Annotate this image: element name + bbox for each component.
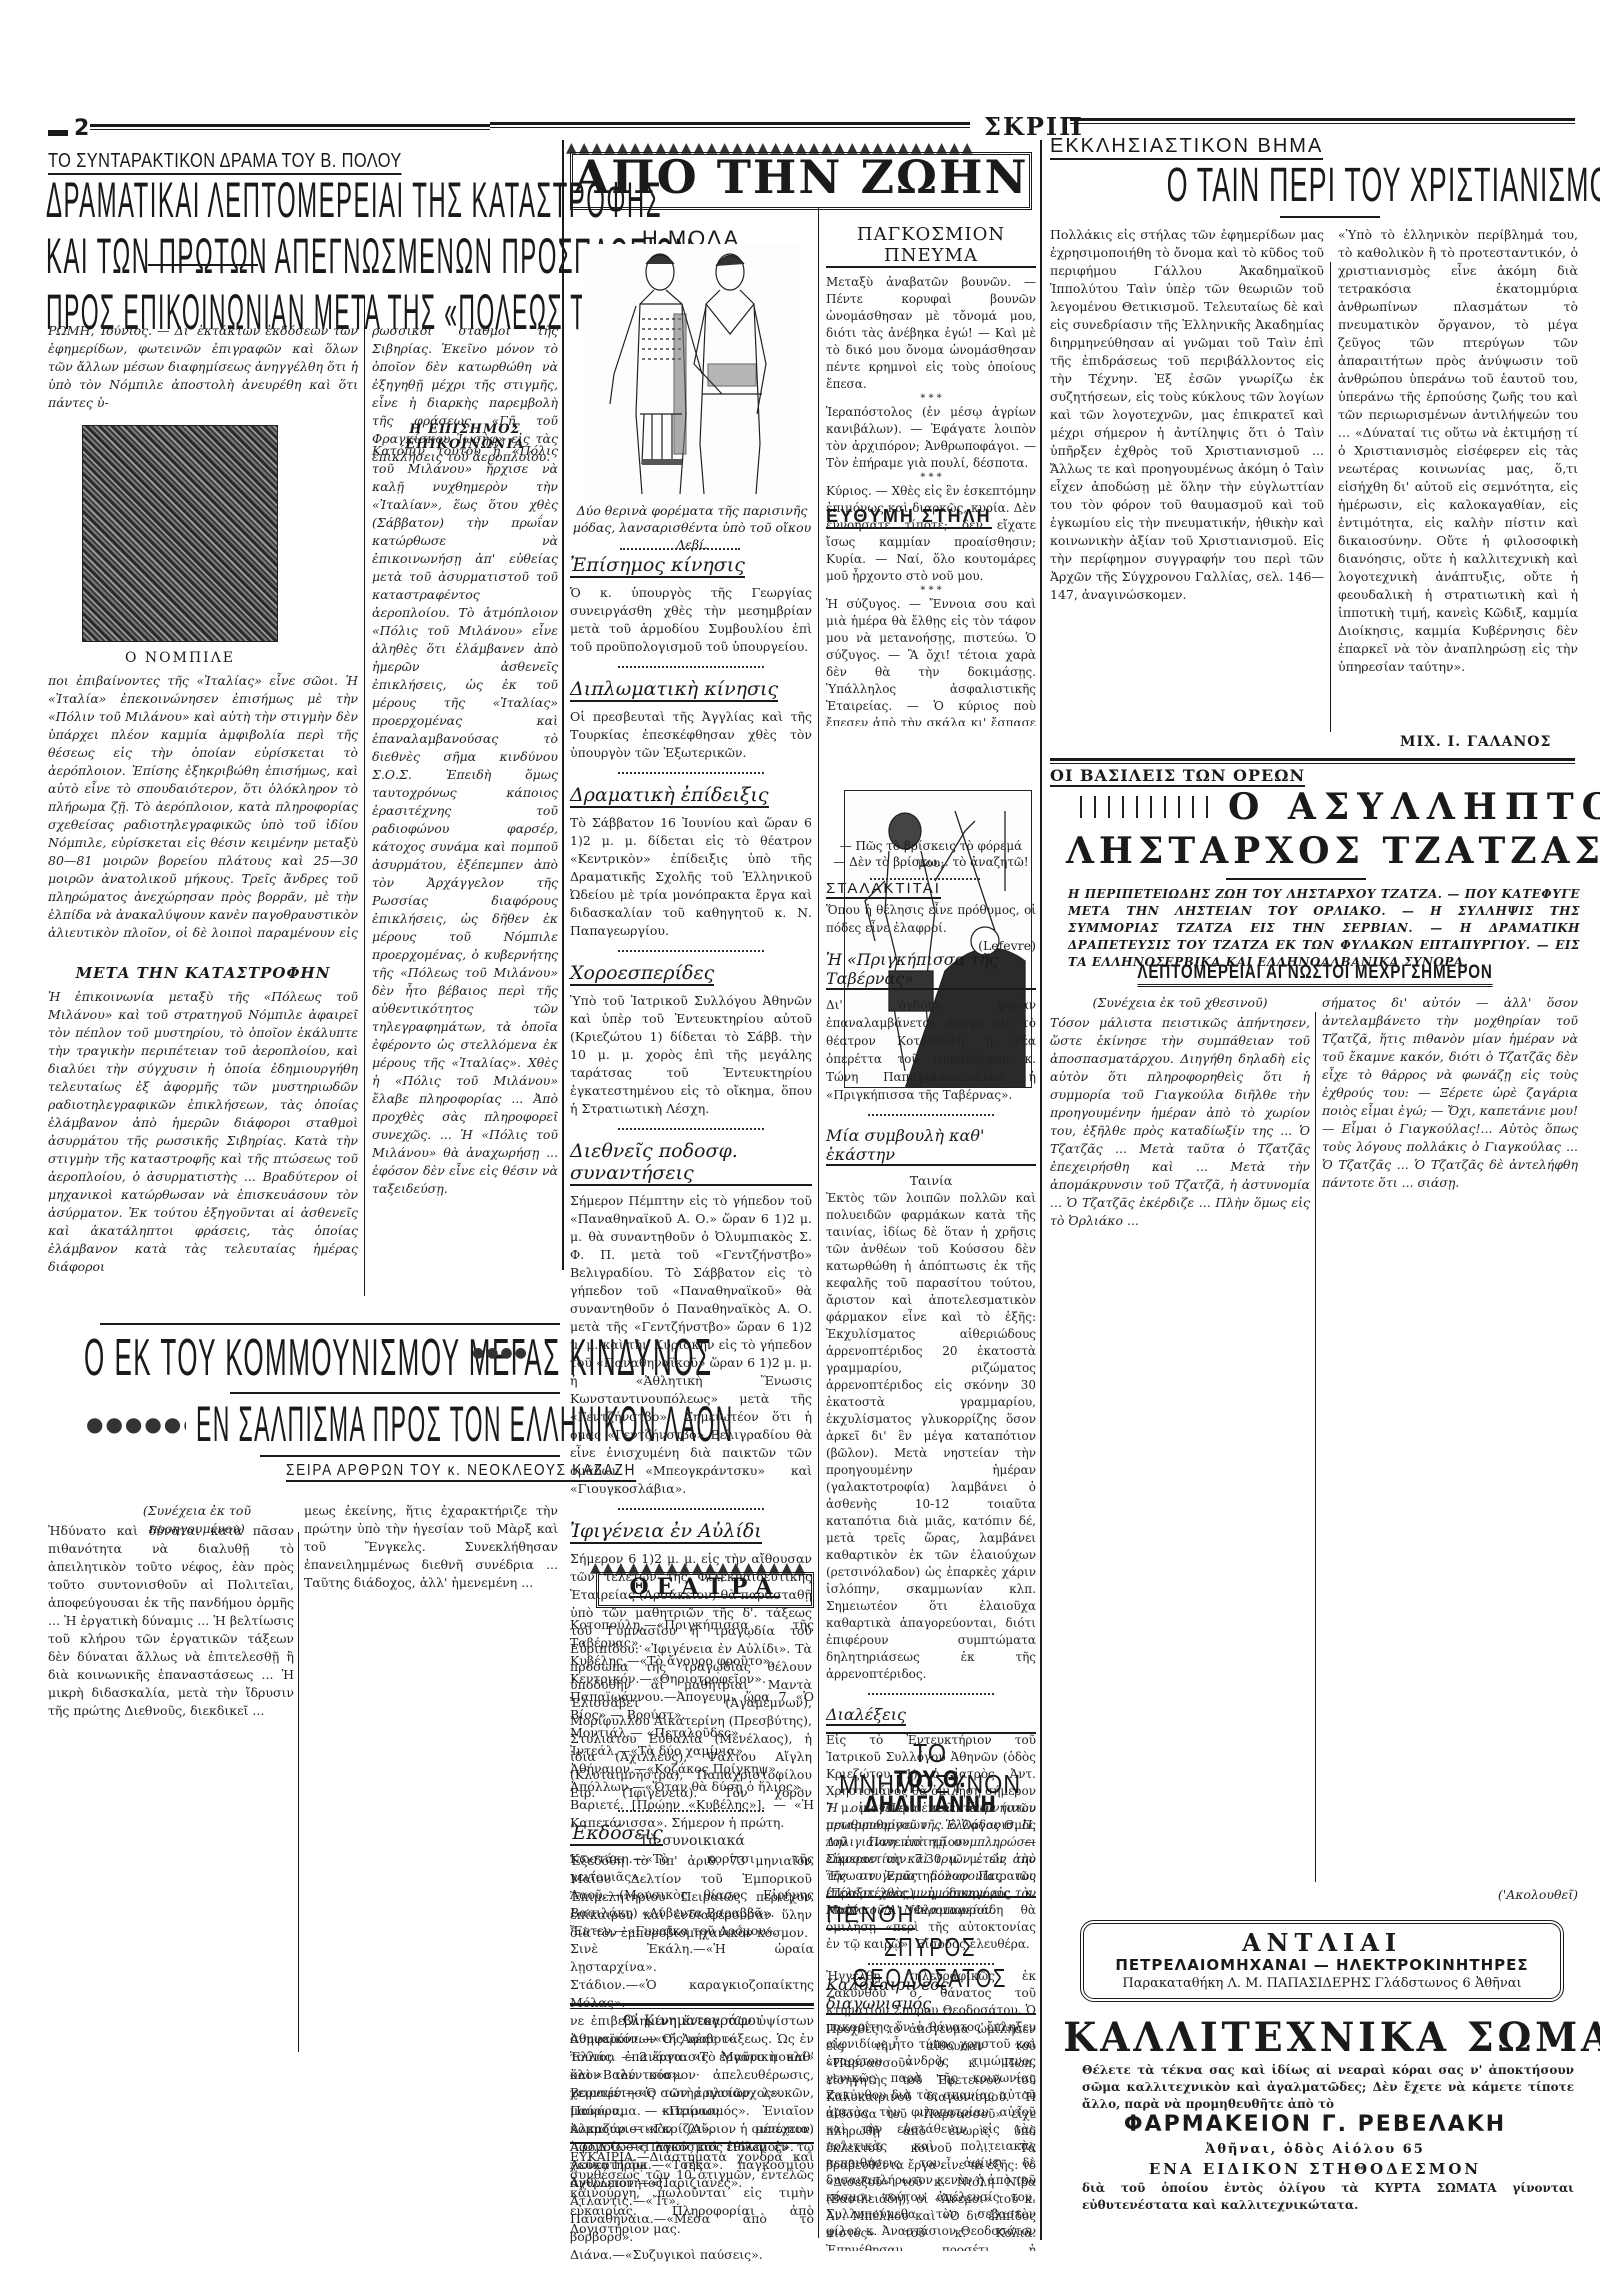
listing-item: Ἀθήναιον.—«Κοζάκος Πρίγκηψ».	[570, 1760, 814, 1778]
listing-item: Κυβέλης.—«Τὸ ἄγουρο φροῦτο».	[570, 1652, 814, 1670]
nobile-text-b: Ἡ ἐπικοινωνία μεταξὺ τῆς «Πόλεως τοῦ Μιλ…	[48, 988, 358, 1300]
news-item: Χοροεσπερίδες Ὑπὸ τοῦ Ἰατρικοῦ Συλλόγου …	[570, 956, 812, 1118]
page-number: 2	[74, 116, 89, 141]
news-item: Ἐπίσημος κίνησις Ὁ κ. ὑπουργὸς τῆς Γεωργ…	[570, 548, 812, 656]
pump-ad-line1: ΠΕΤΡΕΛΑΙΟΜΗΧΑΝΑΙ — ΗΛΕΚΤΡΟΚΙΝΗΤΗΡΕΣ	[1080, 1956, 1564, 1974]
humor-heading-wrap: ΕΥΘΥΜΗ ΣΤΗΛΗ	[826, 500, 992, 535]
masthead-rule-right	[1070, 118, 1575, 124]
memorial-top-rule	[826, 1732, 1036, 1734]
nobile-photo	[82, 425, 278, 642]
pharmacy-ad-address: Ἀθῆναι, ὁδὸς Αἰόλου 65	[1050, 2142, 1580, 2157]
stalaktitai-heading: ΣΤΑΛΑΚΤΙΤΑΙ	[826, 880, 941, 899]
asterism: * * *	[826, 585, 1036, 596]
divider-wavy	[618, 660, 763, 668]
listing-item: Λαοῦ.—(Μουσικὸς θίασος Εἰρήνης Βασιλάκη)…	[570, 1886, 814, 1922]
theatres-bottom-rule	[570, 2003, 814, 2009]
headline-underline	[148, 264, 258, 266]
divider-wavy	[618, 766, 763, 774]
divider-comm-cols	[298, 1532, 299, 2052]
news-item-text: Ἐκτὸς τῶν λοιπῶν πολλῶν καὶ πολυειδῶν φα…	[826, 1190, 1036, 1683]
tzatzas-ornament	[1080, 796, 1220, 818]
church-bottom-rule	[1050, 758, 1575, 764]
tzatzas-kicker-wrap: ΟΙ ΒΑΣΙΛΕΙΣ ΤΩΝ ΟΡΕΩΝ	[1050, 766, 1305, 787]
church-kicker-wrap: ΕΚΚΛΗΣΙΑΣΤΙΚΟΝ ΒΗΜΑ	[1050, 135, 1323, 160]
tzatzas-continued: (Συνέχεια ἐκ τοῦ χθεσινοῦ)	[1050, 994, 1310, 1012]
listing-item: Σινὲ Ἐκάλη.—«Ἡ ὡραία λῃσταρχίνα».	[570, 1940, 814, 1976]
church-headline: Ο ΤΑΙΝ ΠΕΡΙ ΤΟΥ ΧΡΙΣΤΙΑΝΙΣΜΟΥ	[1050, 158, 1580, 214]
listing-item: Βαριετέ. [Πρώην «Κυβέλης»]. — «Ἡ Καπετάν…	[570, 1796, 814, 1832]
divider-mid	[818, 208, 819, 2238]
church-text-a: Πολλάκις εἰς στήλας τῶν ἐφημερίδων μας ἐ…	[1050, 226, 1324, 756]
pagkosmion-column: ΠΑΓΚΟΣΜΙΟΝ ΠΝΕΥΜΑ Μεταξὺ ἀναβατῶν βουνῶν…	[826, 218, 1036, 726]
news-item-title: Ἰφιγένεια ἐν Αὐλίδι	[570, 1520, 762, 1544]
news-item: Διεθνεῖς ποδοσφ. συναντήσεις Σήμερον Πέμ…	[570, 1134, 812, 1498]
tzatzas-kicker: ΟΙ ΒΑΣΙΛΕΙΣ ΤΩΝ ΟΡΕΩΝ	[1050, 766, 1305, 787]
divider-tzatzas-cols	[1315, 1012, 1316, 1882]
listing-item: Ἰντεάλ.—«Τὰ δύο χαμίνια».	[570, 1742, 814, 1760]
two-dresses-drawing-icon	[582, 244, 802, 502]
listing-item: Μοντιάλ.— «Πεταλοῦδες».	[570, 1724, 814, 1742]
tzatzas-text-a: Τόσον μάλιστα πειστικῶς ἀπήντησεν, ὥστε …	[1050, 1014, 1310, 1890]
news-item: Διπλωματικὴ κίνησις Οἱ πρεσβευταὶ τῆς Ἀγ…	[570, 672, 812, 762]
humor-caption-2: — Δὲν τὸ βρίσκω... τὸ ἀναζητῶ!	[826, 854, 1036, 871]
joke-2: Ἱεραπόστολος (ἐν μέσῳ ἀγρίων κανιβάλων).…	[826, 404, 1036, 472]
tzatzas-subheadline-wrap: ΛΕΠΤΟΜΕΡΕΙΑΙ ΑΓΝΩΣΤΟΙ ΜΕΧΡΙ ΣΗΜΕΡΟΝ	[1050, 962, 1580, 987]
nobile-headline-line2: ΚΑΙ ΤΩΝ ΠΡΩΤΩΝ ΑΠΕΓΝΩΣΜΕΝΩΝ ΠΡΟΣΠΑΘΕΙΩΝ	[46, 228, 296, 284]
stalaktitai-quote: Ὅπου ἡ θέλησις εἶνε πρόθυμος, οἱ πόδες ε…	[826, 901, 1036, 937]
news-item-text: Δι' ὀγδόην φορὰν ἐπαναλαμβάνεται ἀπόψε ε…	[826, 996, 1036, 1104]
news-item-title: Δραματικὴ ἐπίδειξις	[570, 784, 769, 808]
banner-title: ΑΠΟ ΤΗΝ ΖΩΗΝ	[570, 150, 1032, 204]
communism-headline2-rule	[260, 1455, 560, 1457]
church-signature: ΜΙΧ. Ι. ΓΑΛΑΝΟΣ	[1400, 734, 1551, 750]
news-item-title: Ἡ «Πριγκήπισσα τῆς Ταβέρνας»	[826, 950, 1036, 990]
communism-mid-rule	[230, 1392, 560, 1394]
divider-wavy	[618, 1502, 763, 1510]
classified-ad: ΕΥΚΑΙΡΙΑ.—Διαστήματα χονδρὰ καὶ συνθέσεω…	[570, 2148, 814, 2238]
news-item-text: Ὑπὸ τοῦ Ἰατρικοῦ Συλλόγου Ἀθηνῶν καὶ ὑπὲ…	[570, 992, 812, 1118]
asterism: * * *	[826, 393, 1036, 404]
pagkosmion-heading: ΠΑΓΚΟΣΜΙΟΝ ΠΝΕΥΜΑ	[826, 224, 1036, 268]
fashion-illustration	[582, 244, 802, 502]
listing-item: Ἔντεν.—«Γυναῖκα τοῦ Δρόμου».	[570, 1922, 814, 1940]
nobile-photo-caption: Ο ΝΟΜΠΙΛΕ	[82, 650, 278, 666]
news-item-text: Τὸ Σάββατον 16 Ἰουνίου καὶ ὥραν 6 1)2 μ.…	[570, 814, 812, 940]
tzatzas-subheadline: ΛΕΠΤΟΜΕΡΕΙΑΙ ΑΓΝΩΣΤΟΙ ΜΕΧΡΙ ΣΗΜΕΡΟΝ	[1137, 962, 1492, 987]
page-number-bar-left	[48, 130, 68, 136]
penthi-text: Ἠγγέλθη τηλεγραφικῶς ἐκ Ζακύνθου ὁ θάνατ…	[826, 1968, 1036, 2238]
ornament-coins-right: ●●●●	[472, 1345, 560, 1361]
tzatzas-deck: Η ΠΕΡΙΠΕΤΕΙΩΔΗΣ ΖΩΗ ΤΟΥ ΛΗΣΤΑΡΧΟΥ ΤΖΑΤΖΑ…	[1068, 886, 1580, 971]
nobile-col2-text-b: Κατόπιν τούτου ἡ «Πόλις τοῦ Μιλάνου» ἤρχ…	[372, 442, 558, 1302]
tzatzas-headline-1: Ο ΑΣΥΛΛΗΠΤΟΣ	[1228, 786, 1600, 828]
listing-subheading: Τὰ συνοικιακά	[570, 1832, 814, 1850]
classified-rule	[570, 2142, 814, 2144]
pump-ad-title: ΑΝΤΛΙΑΙ	[1080, 1928, 1564, 1957]
pump-ad-line2: Παρακαταθήκη Λ. Μ. ΠΑΠΑΣΙΔΕΡΗΣ Γλάδστωνο…	[1080, 1976, 1564, 1991]
news-item-title: Μία συμβουλὴ καθ' ἑκάστην	[826, 1126, 1036, 1166]
divider-right-section	[1040, 140, 1042, 2240]
communism-text-a: Ἠδύνατο καὶ δύναται κατὰ πᾶσαν πιθανότητ…	[48, 1522, 294, 2234]
pharmacy-ad-tail: διὰ τοῦ ὁποίου ἐντὸς ὀλίγου τὰ ΚΥΡΤΑ ΣΩΜ…	[1082, 2180, 1574, 2214]
theatres-banner: ΘΕΑΤΡΑ	[596, 1574, 814, 1600]
communism-top-rule	[100, 1323, 560, 1325]
news-item-subtitle: Ταινία	[826, 1172, 1036, 1190]
church-headline-rule	[1280, 216, 1380, 218]
joke-1: Μεταξὺ ἀναβατῶν βουνῶν. — Πέντε κορυφαὶ …	[826, 274, 1036, 393]
news-item: Δραματικὴ ἐπίδειξις Τὸ Σάββατον 16 Ἰουνί…	[570, 778, 812, 940]
humor-heading: ΕΥΘΥΜΗ ΣΤΗΛΗ	[826, 506, 992, 529]
news-item: Ἡ «Πριγκήπισσα τῆς Ταβέρνας» Δι' ὀγδόην …	[826, 944, 1036, 1104]
tzatzas-headline-2: ΛΗΣΤΑΡΧΟΣ ΤΖΑΤΖΑΣ	[1066, 830, 1600, 872]
divider-wavy	[868, 1108, 994, 1116]
listing-item: Παπαϊωάννου.—Ἀπογευμ. ὥρα 7 «Ὁ Βίος» — Β…	[570, 1688, 814, 1724]
divider-wavy	[868, 1687, 994, 1695]
nobile-headline: ΔΡΑΜΑΤΙΚΑΙ ΛΕΠΤΟΜΕΡΕΙΑΙ ΤΗΣ ΚΑΤΑΣΤΡΟΦΗΣ …	[46, 172, 566, 340]
tzatzas-headline-rule	[1226, 878, 1366, 880]
penthi-top-rule	[826, 1896, 1036, 1898]
news-item-title: Διεθνεῖς ποδοσφ. συναντήσεις	[570, 1140, 812, 1186]
pharmacy-ad-product: ΕΝΑ ΕΙΔΙΚΟΝ ΣΤΗΘΟΔΕΣΜΟΝ	[1050, 2160, 1580, 2178]
pharmacy-ad-title: ΚΑΛΛΙΤΕΧΝΙΚΑ ΣΩΜΑΤΑ	[1063, 2014, 1567, 2061]
listing-item: Διάνα.—«Συζυγικοὶ παύσεις».	[570, 2246, 814, 2264]
penthi-heading: ΠΕΝΘΗ	[826, 1902, 915, 1930]
news-item: Μία συμβουλὴ καθ' ἑκάστην Ταινία Ἐκτὸς τ…	[826, 1120, 1036, 1683]
pharmacy-ad-body: Θέλετε τὰ τέκνα σας καὶ ἰδίως αἱ νεαραὶ …	[1082, 2062, 1574, 2113]
joke-4: Ἡ σύζυγος. — Ἔννοια σου καὶ μιὰ ἡμέρα θὰ…	[826, 596, 1036, 726]
masthead-rule-mid	[490, 122, 970, 128]
listing-item: Κοτοπούλη.—«Πριγκήπισσα τῆς Ταβέρνας».	[570, 1616, 814, 1652]
news-item-title: Ἐπίσημος κίνησις	[570, 554, 745, 578]
news-item-text: Οἱ πρεσβευταὶ τῆς Ἀγγλίας καὶ τῆς Τουρκί…	[570, 708, 812, 762]
news-item-title: Διαλέξεις	[826, 1705, 906, 1726]
listing-item: Ἀπόλλων.—«Ὅταν θὰ δύσῃ ὁ ἥλιος».	[570, 1778, 814, 1796]
asterism: * * *	[826, 472, 1036, 483]
listing-item: Κωστάκη.—«Τὸ κορίτσι τῆς γειτονιᾶς».	[570, 1850, 814, 1886]
communism-to-be-continued: (Αὔριον ἡ συνέχεια)	[570, 2120, 814, 2138]
nobile-headline-line1: ΔΡΑΜΑΤΙΚΑΙ ΛΕΠΤΟΜΕΡΕΙΑΙ ΤΗΣ ΚΑΤΑΣΤΡΟΦΗΣ	[46, 172, 296, 228]
listing-item: Κεντρικόν.—«Θηριοτροφεῖον».	[570, 1670, 814, 1688]
divider-wavy	[618, 1122, 763, 1130]
divider-wavy	[618, 944, 763, 952]
penthi-heading-wrap: ΠΕΝΘΗ	[826, 1902, 915, 1930]
communism-text-b: μεως ἐκείνης, ἥτις ἐχαρακτήριζε τὴν πρώτ…	[304, 1502, 558, 2234]
nobile-subhead-after: ΜΕΤΑ ΤΗΝ ΚΑΤΑΣΤΡΟΦΗΝ	[48, 964, 358, 982]
divider-col1-col2	[364, 296, 365, 1296]
pharmacy-ad-shop: ΦΑΡΜΑΚΕΙΟΝ Γ. ΡΕΒΕΛΑΚΗ	[1050, 2112, 1580, 2137]
news-item-title: Διπλωματικὴ κίνησις	[570, 678, 778, 702]
masthead-rule-left	[90, 124, 490, 130]
news-item-title: Χοροεσπερίδες	[570, 962, 714, 986]
ornament-coins-left: ●●●●●●	[86, 1412, 186, 1436]
church-kicker: ΕΚΚΛΗΣΙΑΣΤΙΚΟΝ ΒΗΜΑ	[1050, 135, 1323, 160]
news-item-text: Ὁ κ. ὑπουργὸς τῆς Γεωργίας συνειργάσθη χ…	[570, 584, 812, 656]
nobile-text-a: ποι ἐπιβαίνοντες τῆς «Ἰταλίας» εἶνε σῶοι…	[48, 672, 358, 942]
church-text-b: «Ὑπὸ τὸ ἑλληνικὸν περίβλημά του, τὸ καθο…	[1338, 226, 1578, 728]
tzatzas-to-be-continued: ('Ακολουθεῖ)	[1322, 1886, 1578, 1904]
nobile-lead: ΡΩΜΗ, Ἰούνιος. — Δι' ἐκτάκτων ἐκδόσεων τ…	[48, 322, 358, 412]
news-item-text: Σήμερον Πέμπτην εἰς τὸ γήπεδον τοῦ «Πανα…	[570, 1192, 812, 1498]
divider-ekk-cols	[1330, 262, 1331, 732]
tzatzas-text-b: σήματος δι' αὐτόν — ἀλλ' ὅσον ἀντελαμβάν…	[1322, 994, 1578, 1874]
